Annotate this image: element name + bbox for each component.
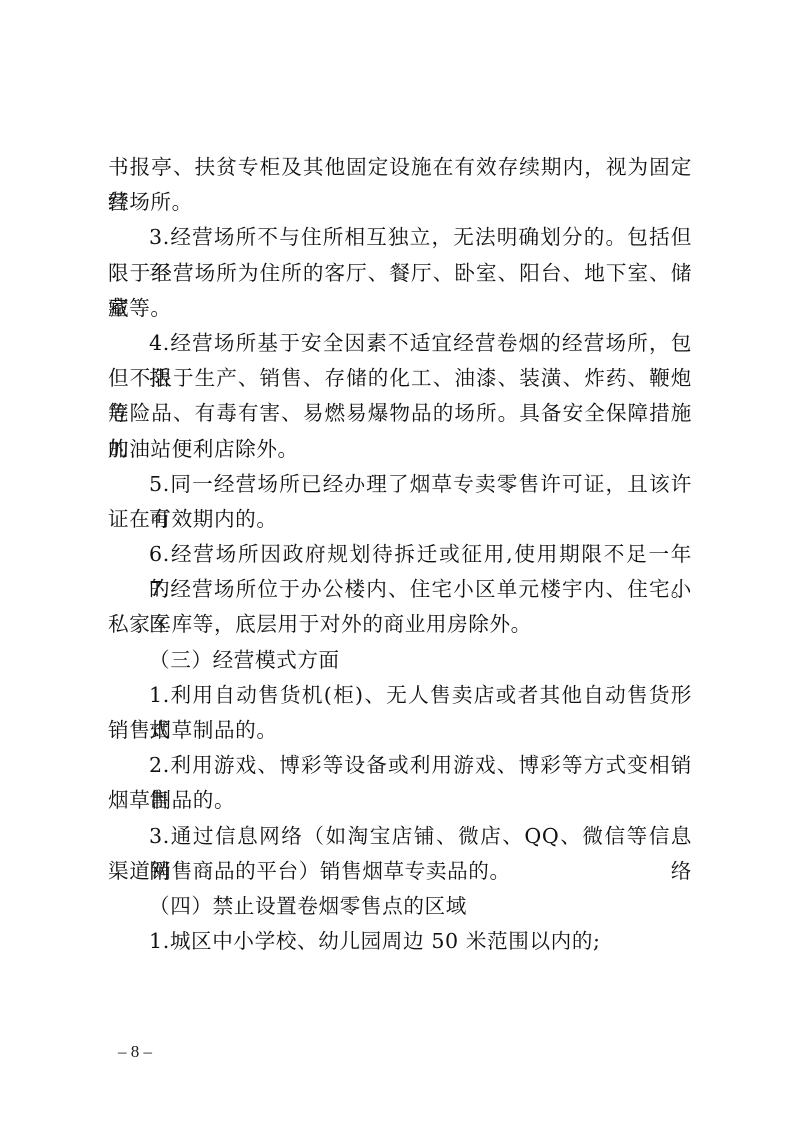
text-line: 私家车库等，底层用于对外的商业用房除外。 bbox=[108, 607, 692, 642]
text-line: 烟草制品的。 bbox=[108, 783, 692, 818]
page-number: – 8 – bbox=[118, 1042, 152, 1062]
text-line: 6.经营场所因政府规划待拆迁或征用,使用期限不足一年的。 bbox=[108, 537, 692, 572]
text-line: 7.经营场所位于办公楼内、住宅小区单元楼宇内、住宅小区 bbox=[108, 572, 692, 607]
text-line: 限于经营场所为住所的客厅、餐厅、卧室、阳台、地下室、储藏 bbox=[108, 256, 692, 291]
text-line: 危险品、有毒有害、易燃易爆物品的场所。具备安全保障措施的 bbox=[108, 396, 692, 431]
body-text: 书报亭、扶贫专柜及其他固定设施在有效存续期内，视为固定经营场所。3.经营场所不与… bbox=[108, 150, 692, 959]
text-line: 销售烟草制品的。 bbox=[108, 713, 692, 748]
text-line: （三）经营模式方面 bbox=[108, 643, 692, 678]
text-line: 室等。 bbox=[108, 291, 692, 326]
text-line: 3.通过信息网络（如淘宝店铺、微店、QQ、微信等信息网络 bbox=[108, 819, 692, 854]
text-line: 1.城区中小学校、幼儿园周边 50 米范围以内的; bbox=[108, 924, 692, 959]
text-line: 但不限于生产、销售、存储的化工、油漆、装潢、炸药、鞭炮等 bbox=[108, 361, 692, 396]
text-line: 4.经营场所基于安全因素不适宜经营卷烟的经营场所，包括 bbox=[108, 326, 692, 361]
text-line: 证在有效期内的。 bbox=[108, 502, 692, 537]
text-line: 加油站便利店除外。 bbox=[108, 432, 692, 467]
text-line: 营场所。 bbox=[108, 185, 692, 220]
text-line: 1.利用自动售货机(柜)、无人售卖店或者其他自动售货形式 bbox=[108, 678, 692, 713]
text-line: 书报亭、扶贫专柜及其他固定设施在有效存续期内，视为固定经 bbox=[108, 150, 692, 185]
text-line: 2.利用游戏、博彩等设备或利用游戏、博彩等方式变相销售 bbox=[108, 748, 692, 783]
document-page: 书报亭、扶贫专柜及其他固定设施在有效存续期内，视为固定经营场所。3.经营场所不与… bbox=[0, 0, 793, 1122]
text-line: 5.同一经营场所已经办理了烟草专卖零售许可证，且该许可 bbox=[108, 467, 692, 502]
text-line: 3.经营场所不与住所相互独立，无法明确划分的。包括但不 bbox=[108, 220, 692, 255]
text-line: （四）禁止设置卷烟零售点的区域 bbox=[108, 889, 692, 924]
